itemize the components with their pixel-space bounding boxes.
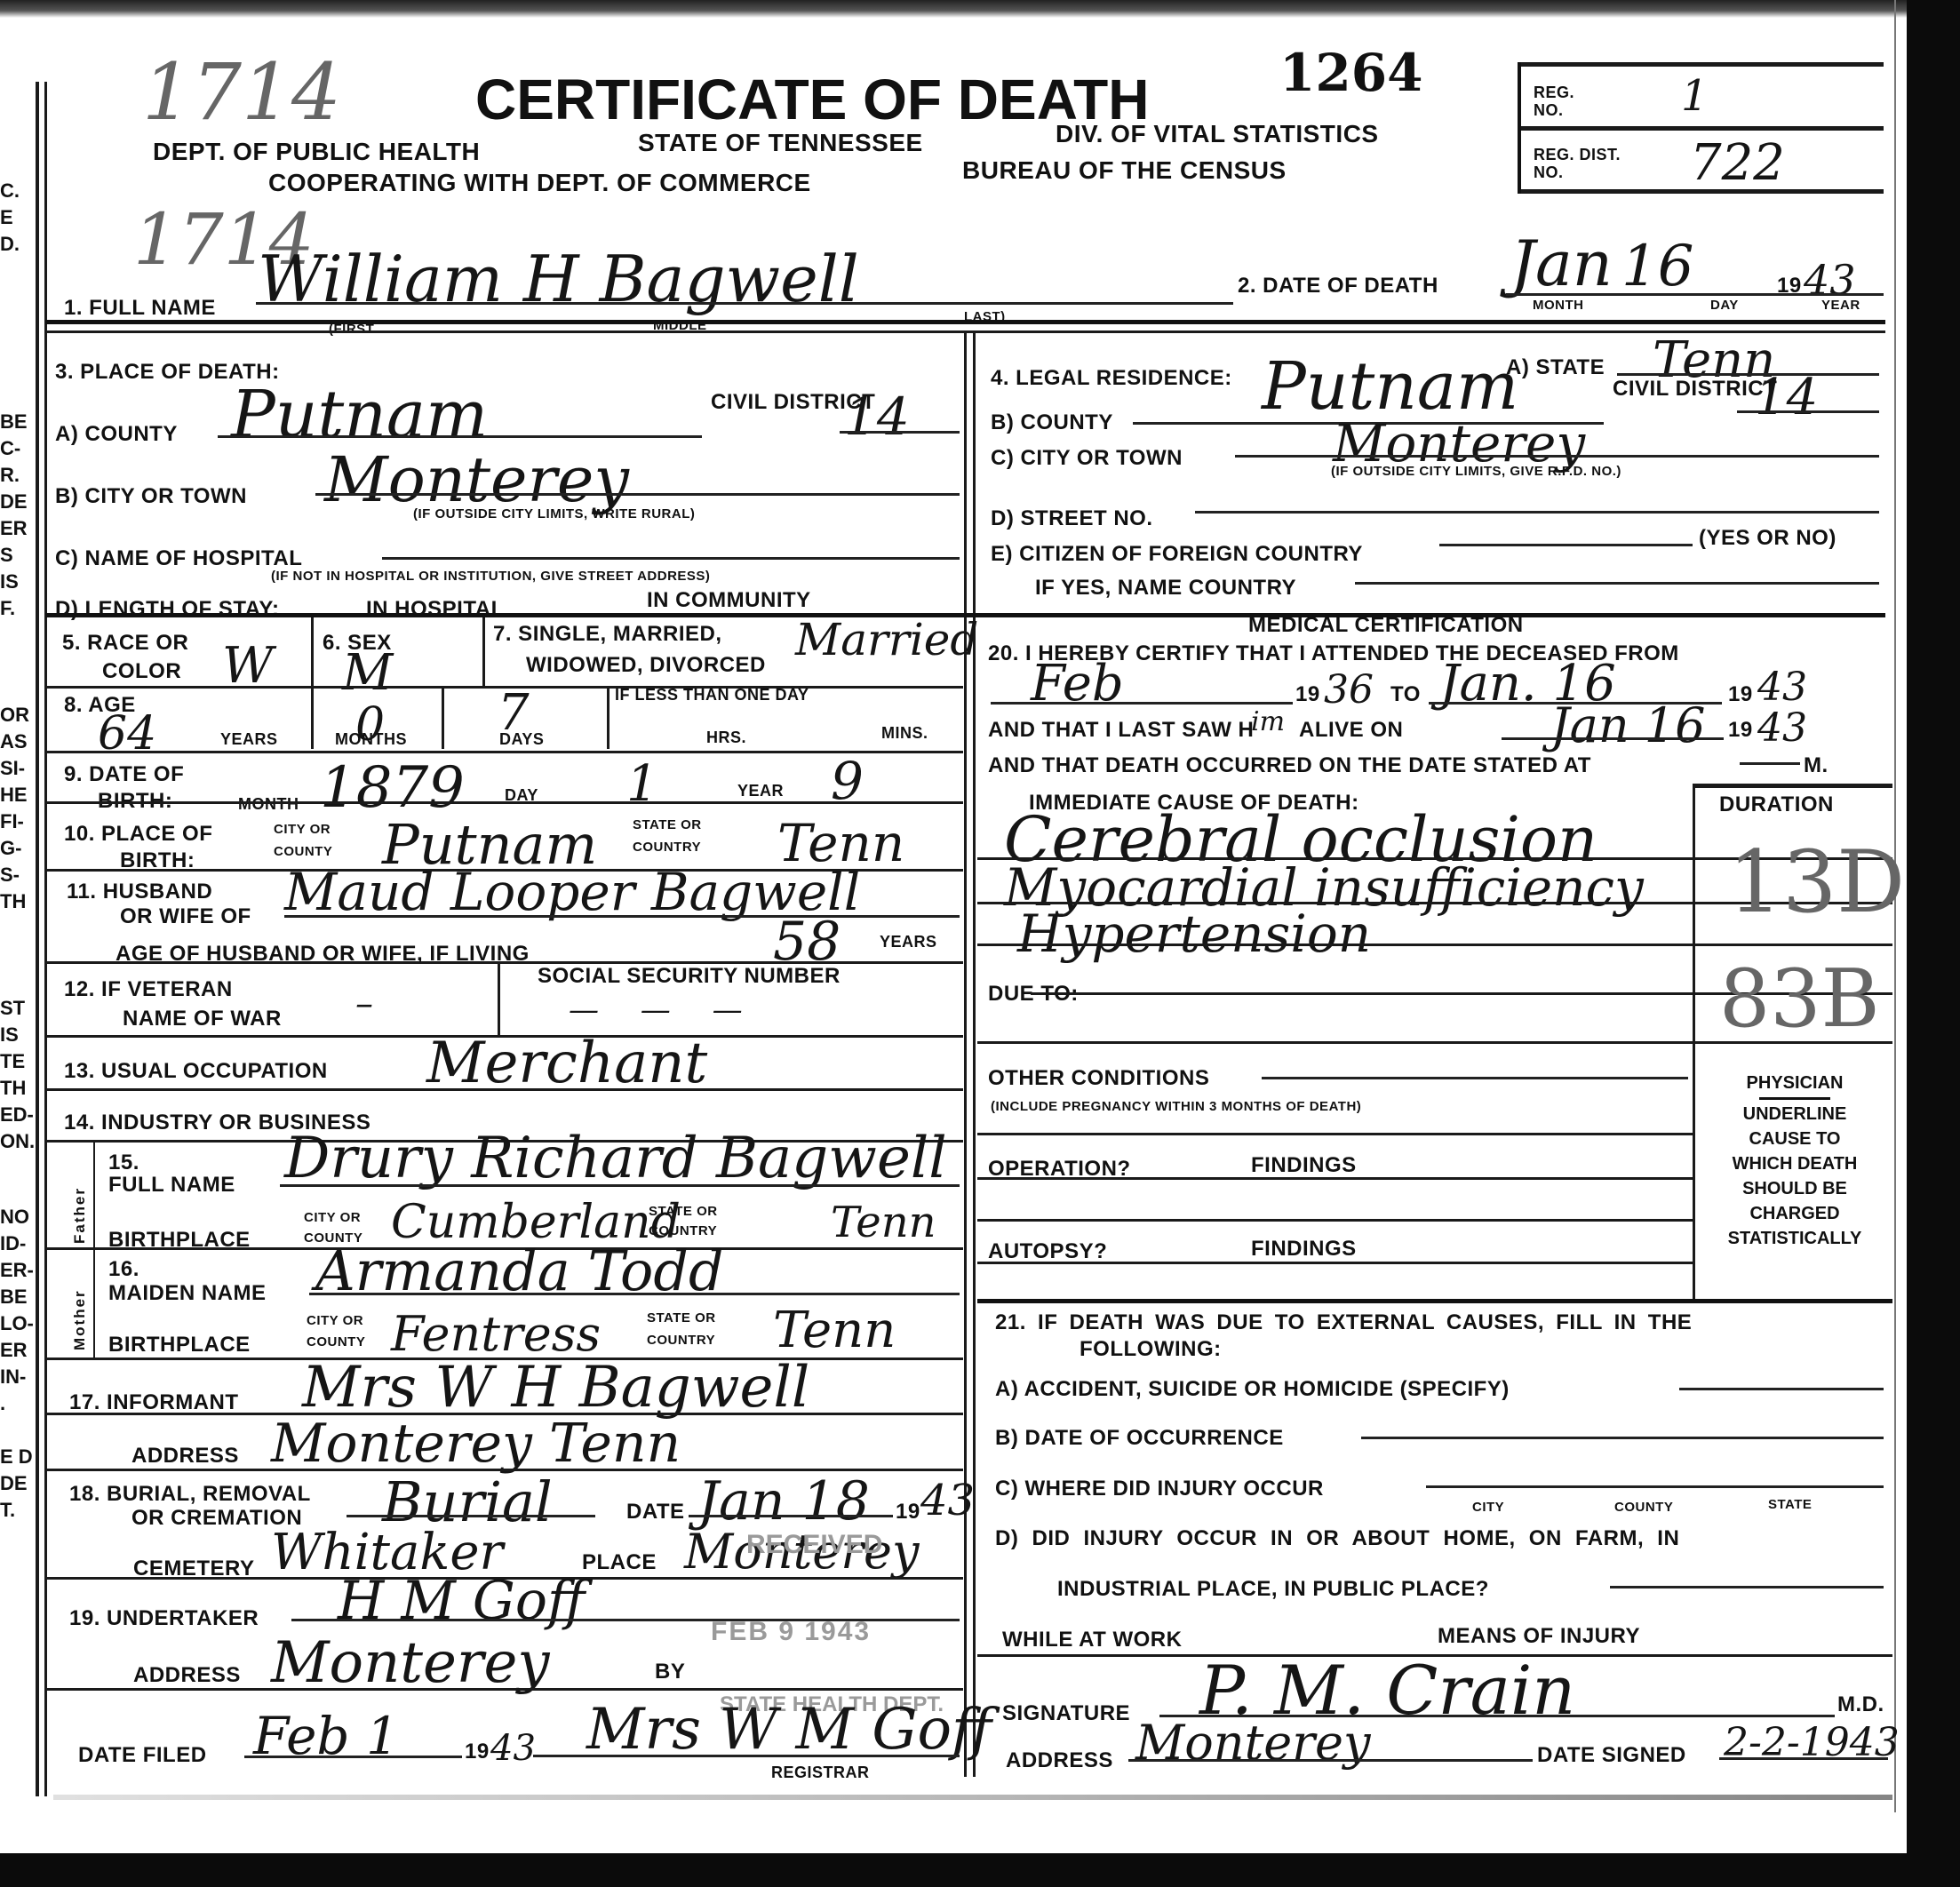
by-label: By	[655, 1660, 685, 1684]
date-signed-line	[1719, 1757, 1888, 1760]
full-name-label: 1. Full Name	[64, 296, 216, 321]
informant-address-value: Monterey Tenn	[271, 1417, 681, 1470]
street-no-label: D) Street No.	[991, 506, 1153, 531]
spouse-age-value: 58	[773, 915, 841, 968]
date-of-death-month: Jan	[1510, 233, 1613, 295]
residence-city-label: C) City or Town	[991, 446, 1183, 471]
registrar-signature: Mrs W M Goff	[586, 1701, 992, 1758]
attended-to-year-prefix: 19	[1728, 682, 1753, 707]
physician-note-line: Physician	[1697, 1071, 1892, 1095]
residence-civil-district-value: 14	[1755, 373, 1818, 423]
dob-month-value: 1879	[320, 760, 465, 816]
reg-no-label: Reg. No.	[1534, 84, 1587, 119]
reg-box-mid	[1521, 126, 1884, 131]
burial-value: Burial	[382, 1475, 553, 1530]
autopsy-findings-label: Findings	[1251, 1237, 1357, 1262]
accident-label: A) Accident, suicide or homicide (specif…	[995, 1377, 1510, 1402]
burial-year-prefix: 19	[896, 1500, 920, 1525]
date-filed-line	[244, 1756, 462, 1758]
column-divider	[964, 333, 967, 1777]
last-saw-label: and that I last saw h	[988, 718, 1254, 743]
informant-label: 17. Informant	[69, 1390, 239, 1415]
autopsy-line	[977, 1262, 1693, 1264]
column-divider-2	[973, 333, 976, 1777]
physician-note-line: charged	[1697, 1201, 1892, 1226]
department: Dept. of Public Health	[153, 138, 480, 166]
attended-from-line	[991, 702, 1293, 705]
last-saw-date: Jan 16	[1550, 702, 1706, 750]
father-name-line	[280, 1184, 960, 1187]
scan-bottom-edge	[0, 1853, 1960, 1887]
row5-divider-b	[482, 617, 485, 689]
division: Div. of Vital Statistics	[1056, 120, 1379, 148]
following-label: following:	[1080, 1337, 1222, 1362]
residence-state-label: A) State	[1506, 355, 1605, 380]
reg-no-value: 1	[1681, 75, 1709, 117]
mother-birthplace-label: Birthplace	[108, 1333, 251, 1358]
autopsy-label: Autopsy?	[988, 1239, 1107, 1264]
year-sublabel: Year	[1821, 298, 1860, 313]
attended-from-year-prefix: 19	[1295, 682, 1320, 707]
informant-address-label: Address	[131, 1444, 239, 1469]
mother-name-value: Armanda Todd	[315, 1244, 724, 1299]
physician-note-line: cause to	[1697, 1127, 1892, 1151]
received-stamp: RECEIVED	[746, 1530, 882, 1560]
scan-right-edge	[1907, 0, 1960, 1887]
birth-county-label: County	[274, 844, 332, 859]
scan-top-edge	[0, 0, 1960, 18]
father-city-label: City or	[304, 1210, 361, 1225]
mother-state-value: Tenn	[773, 1306, 896, 1356]
death-time-line	[1740, 762, 1800, 765]
name-country-line	[1355, 582, 1879, 585]
physician-note-line: Underline	[1697, 1102, 1892, 1127]
duration-code-2: 83B	[1719, 959, 1880, 1039]
margin-text-4: ST IS TE TH ED- ON.	[0, 995, 35, 1155]
father-num: 15.	[108, 1151, 139, 1175]
father-state-value: Tenn	[831, 1201, 936, 1244]
marital-status-value: Married	[795, 617, 978, 662]
veteran-label: 12. If Veteran	[64, 977, 233, 1002]
name-country-label: If yes, name country	[1035, 576, 1296, 601]
mother-name-line	[309, 1293, 960, 1295]
frame-left-outer	[36, 82, 39, 1796]
mother-city-label: City or	[307, 1313, 363, 1328]
cemetery-place-label: Place	[582, 1550, 657, 1575]
date-filed-label: Date Filed	[78, 1743, 207, 1768]
injury-county-sublabel: County	[1614, 1500, 1673, 1515]
mins-label: Mins.	[881, 724, 928, 743]
bureau: Bureau of the Census	[962, 156, 1287, 185]
month-sublabel: Month	[1533, 298, 1584, 313]
registration-box: Reg. No. 1 Reg. Dist. No. 722	[1518, 62, 1884, 194]
dob-year-value: 9	[831, 755, 864, 807]
while-at-work-label: While at work	[1002, 1628, 1182, 1652]
burial-line	[347, 1515, 595, 1517]
received-date-stamp: FEB 9 1943	[711, 1617, 871, 1647]
margin-text-5: NO ID- ER- BE LO- ER IN- .	[0, 1204, 34, 1417]
attended-to-year: 43	[1757, 668, 1807, 707]
dob-year-label: Year	[737, 782, 784, 800]
marital-status-label: 7. Single, Married,	[493, 622, 722, 647]
ssn-value: — — —	[569, 995, 759, 1025]
undertaker-address-label: Address	[133, 1663, 241, 1688]
mother-side-label: Mother	[71, 1262, 89, 1350]
date-of-occurrence-line	[1361, 1437, 1884, 1439]
signature-label: Signature	[1002, 1701, 1130, 1726]
injury-place-line	[1610, 1586, 1884, 1588]
street-no-line	[1195, 511, 1879, 514]
residence-state-line	[1617, 373, 1879, 376]
row-line	[46, 1088, 963, 1091]
full-name-line	[256, 302, 1233, 305]
duration-label: Duration	[1719, 792, 1834, 817]
birth-state-label: State or	[633, 817, 702, 832]
birthplace-label: 10. Place of	[64, 822, 212, 847]
mother-birthplace-value: Fentress	[391, 1310, 601, 1358]
residence-civil-district-label: Civil District	[1613, 378, 1777, 400]
spouse-line	[284, 915, 960, 918]
foreign-citizen-note: (Yes or No)	[1699, 526, 1837, 551]
date-signed-label: Date Signed	[1537, 1743, 1686, 1768]
md-suffix: M.D.	[1837, 1692, 1884, 1717]
handwritten-file-number: 1714	[142, 53, 341, 131]
medical-certification-heading: Medical Certification	[1248, 613, 1524, 638]
spouse-age-unit: Years	[880, 933, 937, 951]
external-causes-label: 21. If death was due to external causes,…	[995, 1310, 1692, 1335]
operation-findings-label: Findings	[1251, 1153, 1357, 1178]
age-divider-2	[607, 689, 610, 749]
stay-in-community-label: In Community	[647, 588, 811, 613]
burial-date-label: Date	[626, 1500, 685, 1525]
injury-place-label: D) Did injury occur in or about home, on…	[995, 1526, 1679, 1551]
physician-address-line	[1128, 1759, 1533, 1762]
other-conditions-line	[1262, 1077, 1688, 1079]
date-of-death-label: 2. Date of Death	[1238, 274, 1438, 299]
spouse-label-2: or Wife of	[120, 904, 251, 929]
means-of-injury-label: Means of injury	[1438, 1624, 1640, 1649]
cause-of-death-3: Hypertension	[1017, 908, 1371, 959]
date-filed-year-prefix: 19	[465, 1740, 490, 1764]
birth-city-label: City or	[274, 822, 331, 837]
race-label: 5. Race or	[62, 631, 188, 656]
undertaker-label: 19. Undertaker	[69, 1606, 259, 1631]
race-value: W	[222, 641, 274, 691]
legal-residence-label: 4. Legal Residence:	[991, 366, 1232, 391]
father-state-label: State or	[649, 1204, 718, 1219]
row-line	[46, 801, 963, 804]
registrar-label: Registrar	[771, 1764, 870, 1782]
death-county-label: A) County	[55, 422, 178, 447]
reg-box-top	[1521, 62, 1884, 67]
spouse-label: 11. Husband	[67, 880, 212, 904]
attended-to-label: to	[1390, 682, 1421, 707]
date-of-death-day: 16	[1621, 238, 1693, 295]
cause-line-3	[977, 943, 1892, 946]
war-value: –	[355, 986, 373, 1022]
last-saw-year-prefix: 19	[1728, 718, 1753, 743]
operation-line	[977, 1177, 1693, 1180]
months-label: Months	[335, 730, 407, 749]
margin-text-1: C. E D.	[0, 178, 20, 258]
injury-place-label-2: industrial place, in public place?	[1057, 1577, 1489, 1602]
date-filed-value: Feb 1	[253, 1710, 399, 1762]
residence-county-label: B) County	[991, 410, 1113, 435]
date-filed-year: 43	[490, 1731, 536, 1766]
death-civil-district-value: 14	[844, 391, 910, 442]
operation-line-2	[977, 1219, 1693, 1222]
hospital-line	[382, 557, 960, 560]
age-divider-1	[442, 689, 444, 749]
row5-divider-a	[311, 617, 314, 749]
dob-month-label: Month	[238, 795, 299, 814]
last-saw-pronoun: im	[1251, 709, 1285, 736]
reg-dist-label: Reg. Dist. No.	[1534, 146, 1640, 181]
divider-top	[46, 320, 1885, 324]
hospital-note: (If not in hospital or institution, give…	[271, 569, 710, 584]
other-conditions-line-2	[977, 1133, 1693, 1135]
alive-on-label: alive on	[1299, 718, 1403, 743]
cause-line-4	[977, 1041, 1892, 1044]
accident-line	[1679, 1388, 1884, 1390]
death-city-label: B) City or Town	[55, 484, 247, 509]
cooperating-dept: Cooperating with Dept. of Commerce	[268, 169, 811, 197]
reg-dist-value: 722	[1690, 139, 1785, 188]
color-label: Color	[102, 659, 181, 684]
marital-status-label-2: Widowed, Divorced	[526, 653, 766, 678]
physician-note-line: should be	[1697, 1176, 1892, 1201]
father-country-label: Country	[649, 1223, 717, 1238]
physician-note-rule	[1759, 1097, 1830, 1100]
burial-date-value: Jan 18	[697, 1475, 870, 1528]
day-sublabel: Day	[1710, 298, 1739, 313]
sex-value: M	[342, 649, 393, 698]
residence-county-value: Putnam	[1262, 354, 1518, 419]
residence-city-value: Monterey	[1333, 418, 1585, 469]
death-time-suffix: M.	[1804, 753, 1829, 778]
date-of-death-line	[1506, 293, 1884, 296]
undertaker-address-value: Monterey	[271, 1635, 550, 1692]
date-of-occurrence-label: B) Date of occurrence	[995, 1426, 1284, 1451]
birth-country-label: Country	[633, 840, 701, 855]
margin-text-2: BE C- R. DE ER S IS F.	[0, 409, 28, 622]
foreign-citizen-line	[1439, 544, 1693, 546]
physician-note: Physician Underline cause to which death…	[1697, 1071, 1892, 1251]
injury-location-line	[1426, 1485, 1884, 1488]
certificate-number: 1264	[1279, 43, 1422, 103]
injury-city-sublabel: City	[1472, 1500, 1504, 1515]
years-label: Years	[220, 730, 278, 749]
days-label: Days	[499, 730, 544, 749]
margin-text-6: E D DE T.	[0, 1444, 33, 1524]
other-conditions-note: (Include pregnancy within 3 months of de…	[991, 1099, 1361, 1114]
injury-location-label: C) Where did injury occur	[995, 1477, 1324, 1501]
physician-address-label: Address	[1006, 1748, 1113, 1773]
father-name-label: Full Name	[108, 1173, 235, 1198]
length-of-stay-label: D) Length of Stay:	[55, 597, 280, 622]
attended-from-year: 36	[1324, 671, 1374, 710]
row-line	[46, 751, 963, 753]
scan-shadow	[53, 1795, 1892, 1800]
other-conditions-label: Other conditions	[988, 1066, 1209, 1091]
divider-item21	[977, 1299, 1892, 1303]
residence-city-note: (If outside city limits, give R.F.D. No.…	[1331, 464, 1621, 479]
mother-state-label: State or	[647, 1310, 716, 1326]
injury-state-sublabel: State	[1768, 1497, 1812, 1512]
residence-city-line	[1235, 455, 1879, 458]
duration-box-top	[1693, 784, 1892, 788]
death-city-value: Monterey	[324, 449, 629, 511]
foreign-citizen-label: E) Citizen of Foreign Country	[991, 542, 1363, 567]
registrar-line	[533, 1755, 960, 1757]
burial-label: 18. Burial, Removal	[69, 1482, 311, 1507]
less-than-day-label: If less than one day	[615, 686, 809, 705]
death-city-note: (If outside city limits, write rural)	[413, 506, 695, 522]
father-name-value: Drury Richard Bagwell	[284, 1130, 947, 1187]
physician-note-line: statistically	[1697, 1226, 1892, 1251]
mother-name-label: Maiden Name	[108, 1281, 267, 1306]
row-line	[46, 1688, 963, 1691]
death-civil-district-line	[840, 431, 960, 434]
mother-country-label: Country	[647, 1333, 715, 1348]
occupation-label: 13. Usual Occupation	[64, 1059, 328, 1084]
informant-value: Mrs W H Bagwell	[302, 1359, 809, 1416]
last-saw-line	[1502, 737, 1724, 740]
physician-note-line: which death	[1697, 1151, 1892, 1176]
ssn-label: Social Security Number	[538, 964, 841, 989]
dob-label: 9. Date of	[64, 762, 184, 787]
father-side-label: Father	[71, 1155, 89, 1244]
hospital-label: C) Name of Hospital	[55, 546, 302, 571]
last-saw-year: 43	[1757, 709, 1807, 748]
document-title: Certificate of Death	[475, 67, 1149, 132]
hrs-label: Hrs.	[706, 729, 746, 747]
veteran-divider	[498, 964, 500, 1035]
margin-text-3: OR AS SI- HE FI- G- S- TH	[0, 702, 29, 915]
mother-county-label: County	[307, 1334, 365, 1350]
residence-civil-district-line	[1737, 410, 1879, 413]
burial-date-line	[689, 1515, 893, 1517]
duration-code-1: 13D	[1728, 840, 1905, 925]
mother-num: 16.	[108, 1257, 139, 1282]
burial-year-value: 43	[920, 1479, 975, 1522]
state-name: State of Tennessee	[638, 129, 923, 157]
death-city-line	[315, 493, 960, 496]
death-occurred-label: and that death occurred on the date stat…	[988, 753, 1591, 778]
war-label: Name of War	[123, 1007, 282, 1031]
occupation-value: Merchant	[426, 1035, 707, 1092]
death-county-line	[218, 435, 702, 438]
frame-left-inner	[44, 82, 47, 1796]
